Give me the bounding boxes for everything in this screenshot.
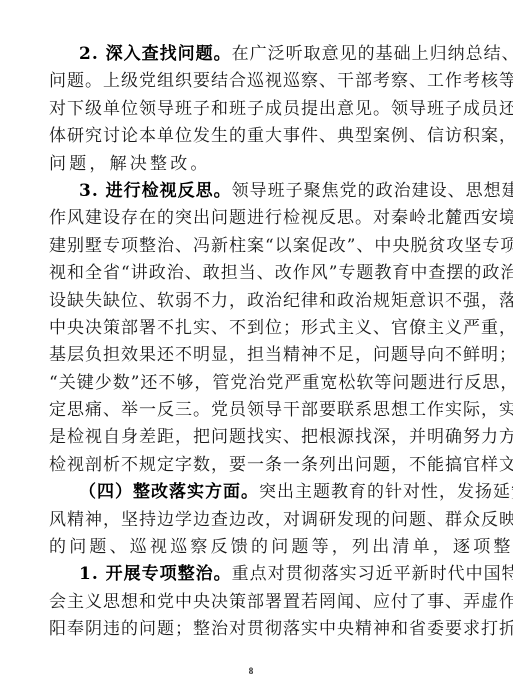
text-line: 体研究讨论本单位发生的重大事件、典型案例、信访积案，查找 xyxy=(49,123,453,150)
text-line: 视和全省“讲政治、敢担当、改作风”专题教育中查摆的政治建 xyxy=(49,260,453,287)
text-line: 中央决策部署不扎实、不到位；形式主义、官僚主义严重，减轻 xyxy=(49,315,453,342)
body-text: 2. 深入查找问题。在广泛听取意见的基础上归纳总结、查找 问题。上级党组织要结合… xyxy=(49,41,453,644)
text-line: 问题，解决整改。 xyxy=(49,151,453,178)
text-line: 风精神，坚持边学边查边改，对调研发现的问题、群众反映强烈 xyxy=(49,507,453,534)
text-line: 2. 深入查找问题。在广泛听取意见的基础上归纳总结、查找 xyxy=(49,41,453,68)
text-line: 定思痛、举一反三。党员领导干部要联系思想工作实际，实事求 xyxy=(49,397,453,424)
text-line: 是检视自身差距，把问题找实、把根源找深，并明确努力方向。 xyxy=(49,424,453,451)
section-heading: 3. 进行检视反思。 xyxy=(79,181,232,201)
paragraph-special-rectification: 1. 开展专项整治。重点对贯彻落实习近平新时代中国特色社 会主义思想和党中央决策… xyxy=(49,561,453,643)
section-heading: 1. 开展专项整治。 xyxy=(79,564,232,584)
text-line: “关键少数”还不够，管党治党严重宽松软等问题进行反思，痛 xyxy=(49,370,453,397)
text-line: 阳奉阴违的问题；整治对贯彻落实中央精神和省委要求打折扣、 xyxy=(49,616,453,643)
text-line: 基层负担效果还不明显，担当精神不足，问题导向不鲜明；突出 xyxy=(49,342,453,369)
paragraph-self-examination: 3. 进行检视反思。领导班子聚焦党的政治建设、思想建设、 作风建设存在的突出问题… xyxy=(49,178,453,479)
paragraph-rectification: （四）整改落实方面。突出主题教育的针对性，发扬延安整 风精神，坚持边学边查边改，… xyxy=(49,479,453,561)
text-line: 设缺失缺位、软弱不力，政治纪律和政治规矩意识不强，落实党 xyxy=(49,288,453,315)
document-page: 2. 深入查找问题。在广泛听取意见的基础上归纳总结、查找 问题。上级党组织要结合… xyxy=(0,0,513,676)
text-line: 作风建设存在的突出问题进行检视反思。对秦岭北麓西安境内违 xyxy=(49,205,453,232)
text-line: 建别墅专项整治、冯新柱案“以案促改”、中央脱贫攻坚专项巡 xyxy=(49,233,453,260)
text-line: 对下级单位领导班子和班子成员提出意见。领导班子成员还要集 xyxy=(49,96,453,123)
text-line: 问题。上级党组织要结合巡视巡察、干部考察、工作考核等情况， xyxy=(49,68,453,95)
text-line: 1. 开展专项整治。重点对贯彻落实习近平新时代中国特色社 xyxy=(49,561,453,588)
text-line: 3. 进行检视反思。领导班子聚焦党的政治建设、思想建设、 xyxy=(49,178,453,205)
text-line: 会主义思想和党中央决策部署置若罔闻、应付了事、弄虚作假、 xyxy=(49,589,453,616)
section-heading: 2. 深入查找问题。 xyxy=(79,44,232,64)
section-heading: （四）整改落实方面。 xyxy=(79,482,259,502)
text-line: （四）整改落实方面。突出主题教育的针对性，发扬延安整 xyxy=(49,479,453,506)
text-line: 的问题、巡视巡察反馈的问题等，列出清单，逐项整改。 xyxy=(49,534,453,561)
paragraph-find-problems: 2. 深入查找问题。在广泛听取意见的基础上归纳总结、查找 问题。上级党组织要结合… xyxy=(49,41,453,178)
page-number: 8 xyxy=(246,666,256,676)
text-line: 检视剖析不规定字数，要一条一条列出问题，不能搞官样文章。 xyxy=(49,452,453,479)
